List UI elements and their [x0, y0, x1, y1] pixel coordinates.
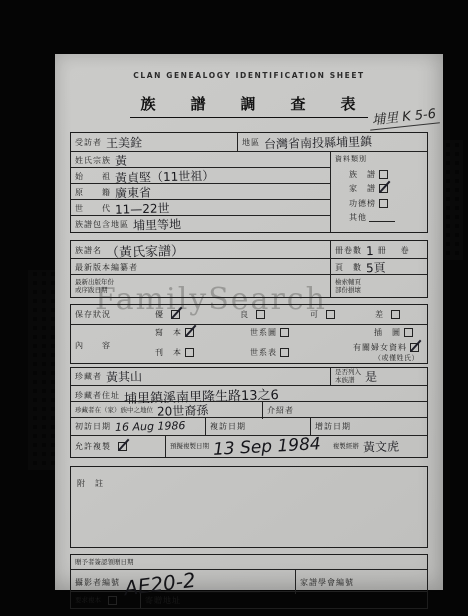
- scanned-genealogy-form: { "header": { "title_en": "CLAN GENEALOG…: [0, 0, 468, 616]
- copy-schedule-cell: 預擬複製日期 13 Sep 1984 複製經辦 黃文虎: [166, 436, 427, 457]
- scanned-paper: FamilySearch 埔里 K 5-6 CLAN GENEALOGY IDE…: [55, 54, 443, 590]
- condition-option-good: 良: [236, 305, 306, 324]
- revisit-cell: 複訪日期: [206, 418, 311, 435]
- first-visit-value: 16 Aug 1986: [115, 419, 186, 434]
- checkbox: [404, 328, 413, 337]
- checkbox: [379, 184, 388, 193]
- checkbox-box: [379, 199, 388, 208]
- region-value: 台灣省南投縣埔里鎮: [264, 132, 372, 152]
- option-label: 有關婦女資料: [353, 342, 407, 353]
- introducer-cell: 介紹者: [263, 402, 427, 419]
- origin-label: 原 籍: [75, 187, 111, 198]
- category-option: 功德榜: [349, 198, 423, 209]
- latest-editor-label: 最新版本編纂者: [75, 262, 138, 273]
- copy-agent-label: 複製經辦: [333, 443, 359, 450]
- holder-position-label: 珍藏者在（家）族中之地位: [75, 407, 153, 414]
- page-count-value: 5頁: [366, 259, 386, 277]
- checkbox-box: [185, 348, 194, 357]
- material-category-cell: 資料類別 族 譜 家 譜 功德榜: [331, 152, 427, 232]
- material-category-label: 資料類別: [335, 154, 423, 164]
- checkbox: [410, 343, 419, 352]
- category-option: 家 譜: [349, 183, 423, 194]
- photographer-number-cell: 攝影者編號 AE20-2: [71, 570, 296, 594]
- mailing-address-cell: 寄贈地址: [141, 592, 427, 608]
- first-ancestor-row: 始 祖 黃貞堅（11世祖）: [71, 168, 330, 185]
- holder-position-value: 20世裔孫: [157, 401, 209, 419]
- additional-visit-cell: 增訪日期: [311, 418, 427, 435]
- notes-box: 附 註: [70, 466, 428, 548]
- listed-value: 是: [365, 368, 377, 385]
- interviewee-value: 王美銓: [106, 133, 142, 151]
- first-ancestor-label: 始 祖: [75, 171, 111, 182]
- listed-label-2: 本族譜: [335, 377, 361, 384]
- condition-option-excellent: 優: [151, 305, 236, 324]
- category-option-other: 其他: [349, 212, 423, 223]
- form-title-chinese: 族 譜 調 查 表: [130, 93, 367, 118]
- option-label: 世系圖: [250, 327, 277, 338]
- listed-label: 是否列入: [335, 369, 361, 376]
- category-option-label: 其他: [349, 212, 367, 223]
- copy-permission-label: 允許複製: [75, 441, 111, 452]
- index-pages-cell: 檢索輔頁 部份損壞: [331, 275, 427, 297]
- page-count-label: 頁 數: [335, 262, 362, 273]
- copy-permission-cell: 允許複製: [71, 436, 166, 457]
- copy-request-label: 要求複本: [75, 597, 101, 604]
- fill-in-line: [369, 213, 395, 222]
- option-label: 世系表: [250, 347, 277, 358]
- checkbox-box: [280, 328, 289, 337]
- additional-visit-label: 增訪日期: [315, 421, 351, 432]
- photographer-number-label: 攝影者編號: [75, 577, 120, 588]
- option-label: 優: [155, 309, 164, 320]
- holder-label: 珍藏者: [75, 371, 102, 382]
- interviewee-cell: 受訪者 王美銓: [71, 133, 238, 151]
- volume-unit-juan: 卷: [401, 245, 410, 256]
- surname-clan-label: 姓氏宗族: [75, 155, 111, 166]
- covered-area-value: 埔里等地: [133, 215, 181, 233]
- category-option: 族 譜: [349, 169, 423, 180]
- genealogy-name-value: （黃氏家譜）: [106, 240, 184, 261]
- preface-date-label: 或序跋日期: [75, 287, 114, 294]
- content-option-printed: 刊 本: [155, 347, 250, 358]
- content-option-lineage-table: 世系表: [250, 347, 345, 358]
- donor-acknowledgement-label: 贈予者簽認領贈日期: [75, 559, 134, 566]
- content-option-illustrations: 插 圖: [345, 327, 423, 338]
- category-option-label: 族 譜: [349, 169, 376, 180]
- generations-label: 世 代: [75, 203, 111, 214]
- surname-clan-value: 黃: [115, 152, 127, 169]
- region-label: 地區: [242, 137, 260, 148]
- form-title-english: CLAN GENEALOGY IDENTIFICATION SHEET: [70, 71, 428, 80]
- checkbox: [379, 170, 388, 179]
- origin-row: 原 籍 廣東省: [71, 184, 330, 201]
- checkbox-box: [280, 348, 289, 357]
- condition-option-poor: 差: [371, 305, 427, 324]
- first-visit-label: 初訪日期: [75, 421, 111, 432]
- condition-content-table: 保存狀況 優 良 可 差: [70, 304, 428, 364]
- checkbox-box: [326, 310, 335, 319]
- society-number-label: 家譜學會編號: [300, 577, 354, 588]
- volume-count-cell: 冊卷數 1 冊 卷: [331, 241, 427, 260]
- women-data-note: （或僅姓氏）: [374, 353, 419, 363]
- page-count-cell: 頁 數 5頁: [331, 259, 427, 276]
- listed-in-genealogy-cell: 是否列入 本族譜 是: [331, 368, 427, 385]
- option-label: 可: [310, 309, 319, 320]
- content-option-manuscript: 寫 本: [155, 327, 250, 338]
- revisit-label: 複訪日期: [210, 421, 246, 432]
- volume-count-label: 冊卷數: [335, 245, 362, 256]
- donor-acknowledgement-cell: 贈予者簽認領贈日期: [71, 555, 427, 569]
- region-cell: 地區 台灣省南投縣埔里鎮: [238, 133, 427, 151]
- copy-agent-value: 黃文虎: [363, 438, 399, 456]
- genealogy-title-table: 族譜名 （黃氏家譜） 冊卷數 1 冊 卷 最新版本編纂者 頁 數 5頁: [70, 240, 428, 298]
- checkbox: [171, 310, 180, 319]
- copy-date-label: 預擬複製日期: [170, 443, 209, 450]
- holder-address-label: 珍藏者住址: [75, 390, 120, 401]
- index-pages-label: 檢索輔頁: [335, 279, 361, 286]
- generations-row: 世 代 11—22世: [71, 200, 330, 217]
- damage-label: 部份損壞: [335, 287, 361, 294]
- volume-unit-ce: 冊: [378, 245, 387, 256]
- option-label: 刊 本: [155, 347, 182, 358]
- option-label: 插 圖: [374, 327, 401, 338]
- checkbox-box: [391, 310, 400, 319]
- checkbox: [326, 310, 335, 319]
- holder-table: 珍藏者 黃其山 是否列入 本族譜 是 珍藏者住址 埔里鎮溪南里隆生路13之6: [70, 367, 428, 458]
- covered-area-label: 族譜包含地區: [75, 219, 129, 230]
- checkbox-box: [108, 596, 117, 605]
- content-option-lineage-chart: 世系圖: [250, 327, 345, 338]
- checkbox: [379, 199, 388, 208]
- checkbox: [280, 328, 289, 337]
- checkbox: [280, 348, 289, 357]
- checkbox: [118, 442, 127, 451]
- first-visit-cell: 初訪日期 16 Aug 1986: [71, 418, 206, 435]
- checkbox: [391, 310, 400, 319]
- notes-label: 附 註: [77, 479, 104, 488]
- holder-cell: 珍藏者 黃其山: [71, 368, 331, 385]
- holder-position-cell: 珍藏者在（家）族中之地位 20世裔孫: [71, 402, 263, 419]
- category-option-label: 家 譜: [349, 183, 376, 194]
- option-label: 寫 本: [155, 327, 182, 338]
- checkbox-box: [404, 328, 413, 337]
- option-label: 差: [375, 309, 384, 320]
- interviewee-label: 受訪者: [75, 137, 102, 148]
- option-label: 良: [240, 309, 249, 320]
- condition-option-fair: 可: [306, 305, 371, 324]
- introducer-label: 介紹者: [267, 405, 294, 416]
- genealogy-name-label: 族譜名: [75, 245, 102, 256]
- admin-table: 贈予者簽認領贈日期 攝影者編號 AE20-2 家譜學會編號 要求複本: [70, 554, 428, 609]
- latest-editor-cell: 最新版本編纂者: [71, 259, 331, 276]
- checkbox: [256, 310, 265, 319]
- holder-value: 黃其山: [106, 368, 142, 386]
- content-option-women-data: 有關婦女資料 （或僅姓氏）: [345, 342, 423, 363]
- volume-count-value: 1: [366, 243, 374, 257]
- society-number-cell: 家譜學會編號: [296, 570, 427, 594]
- origin-value: 廣東省: [115, 184, 151, 202]
- interviewee-info-table: 受訪者 王美銓 地區 台灣省南投縣埔里鎮 姓氏宗族 黃 始 祖 黃貞堅（11: [70, 132, 428, 233]
- category-option-label: 功德榜: [349, 198, 376, 209]
- checkbox: [185, 328, 194, 337]
- genealogy-name-cell: 族譜名 （黃氏家譜）: [71, 241, 331, 260]
- checkbox: [185, 348, 194, 357]
- covered-area-row: 族譜包含地區 埔里等地: [71, 216, 330, 233]
- publication-year-cell: 最新出版年份 或序跋日期: [71, 275, 331, 297]
- content-label-cell: 內 容: [71, 325, 151, 365]
- content-label: 內 容: [75, 340, 111, 351]
- condition-label-cell: 保存狀況: [71, 305, 151, 324]
- condition-label: 保存狀況: [75, 309, 111, 320]
- publication-year-label: 最新出版年份: [75, 279, 114, 286]
- checkbox-box: [256, 310, 265, 319]
- copy-date-value: 13 Sep 1984: [213, 434, 322, 460]
- checkbox: [108, 596, 117, 605]
- checkbox-box: [379, 170, 388, 179]
